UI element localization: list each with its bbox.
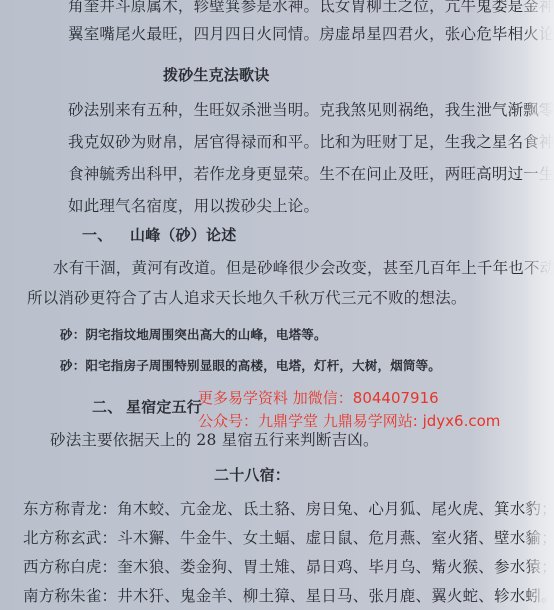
section-heading: 山峰（砂）论述	[130, 224, 236, 245]
page-edge-shadow	[524, 0, 554, 610]
section-number: 一、	[82, 224, 112, 245]
mansion-line-east: 东方称青龙：角木蛟、亢金龙、氐土貉、房日兔、心月狐、尾火虎、箕水豹；	[23, 497, 554, 519]
section-heading: 星宿定五行	[126, 396, 202, 417]
note-line: 砂：阳宅指房子周围特别显眼的高楼，电塔，灯杆，大树，烟筒等。	[60, 356, 441, 374]
paragraph-line: 水有干涸，黄河有改道。但是砂峰很少会改变，甚至几百年上千年也不动，	[53, 256, 554, 278]
text-line-partial: 角奎井斗原属木，轸壁箕参是水神。氐女胃柳土之位，亢牛鬼娄是金神。	[68, 0, 554, 16]
verse-line: 如此理气名宿度，用以拨砂尖上论。	[68, 194, 319, 216]
paragraph-line: 所以消砂更符合了古人追求天长地久千秋万代三元不败的想法。	[27, 286, 467, 308]
section-title: 拨砂生克法歌诀	[163, 64, 269, 85]
mansion-line-north: 北方称玄武：斗木獬、牛金牛、女土蝠、虚日鼠、危月燕、室火猪、壁水貐；	[23, 526, 554, 548]
verse-line: 我克奴砂为财帛，居官得禄而和平。比和为旺财丁足，生我之星名食神。	[68, 130, 554, 152]
subsection-title: 二十八宿：	[214, 464, 290, 485]
note-line: 砂：阴宅指坟地周围突出高大的山峰，电塔等。	[60, 325, 327, 343]
scanned-page: 角奎井斗原属木，轸壁箕参是水神。氐女胃柳土之位，亢牛鬼娄是金神。 翼室嘴尾火最旺…	[0, 0, 554, 610]
verse-line: 食神毓秀出科甲，若作龙身更显荣。生不在问止及旺，两旺高明过一生。	[68, 162, 554, 184]
watermark-line: 更多易学资料 加微信：804407916	[198, 387, 439, 408]
section-number: 二、	[92, 396, 122, 417]
mansion-line-west: 西方称白虎：奎木狼、娄金狗、胃土雉、昴日鸡、毕月乌、觜火猴、参水猿；	[23, 555, 554, 577]
mansion-line-south: 南方称朱雀：井木犴、鬼金羊、柳土獐、星日马、张月鹿、翼火蛇、轸水蚓。	[23, 584, 554, 606]
verse-line: 砂法别来有五种，生旺奴杀泄当明。克我煞见则祸绝，我生泄气渐飘零。	[68, 98, 554, 120]
text-line: 翼室嘴尾火最旺，四月四日火同情。房虚昂星四君火，张心危毕相火论。	[68, 22, 554, 44]
section-intro: 砂法主要依据天上的 28 星宿五行来判断吉凶。	[50, 428, 379, 450]
